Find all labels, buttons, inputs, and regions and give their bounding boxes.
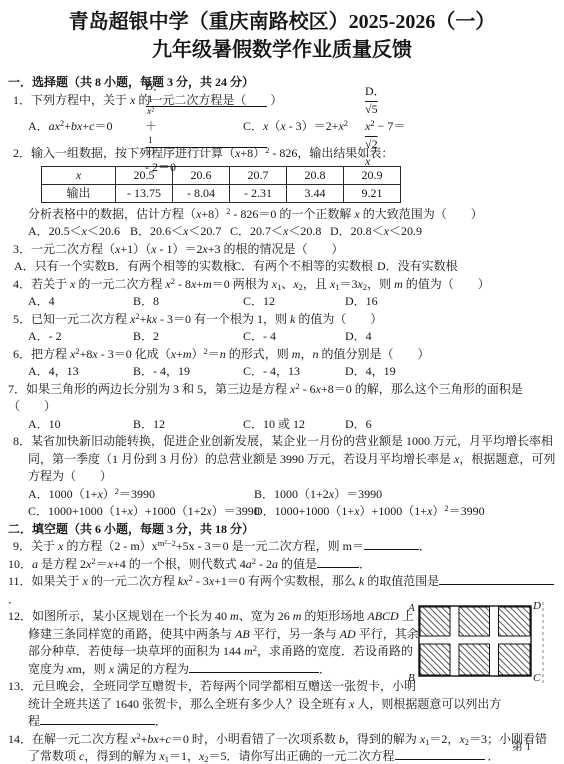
q3-stem: 3．一元二次方程（x+1）（x - 1）＝2x+3 的根的情况是（ ） — [0, 241, 564, 259]
q6-option-d: D．4，19 — [345, 363, 396, 381]
q7-option-b: B．12 — [133, 416, 243, 434]
q3-option-c: C．有两个不相等的实数根 — [233, 258, 377, 276]
q5-option-b: B．2 — [133, 328, 243, 346]
q6-option-a: A．4，13 — [28, 363, 133, 381]
q7-stem: 7．如果三角形的两边长分别为 3 和 5，第三边是方程 x2 - 6x+8＝0 … — [0, 381, 564, 416]
table-cell: 20.8 — [287, 166, 344, 184]
table-cell: 3.44 — [287, 184, 344, 202]
exam-page: 青岛超银中学（重庆南路校区）2025-2026（一） 九年级暑假数学作业质量反馈… — [0, 0, 564, 764]
q5-options: A．- 2 B．2 C．- 4 D．4 — [0, 328, 564, 346]
table-cell: 输出 — [42, 184, 116, 202]
q8-stem-line-2: 同，第一季度（1 月份到 3 月份）的总营业额是 3990 万元，若设月平均增长… — [0, 451, 564, 469]
corner-label-d: D — [532, 600, 541, 612]
q8-option-d: D．1000+1000（1+x）+1000（1+x）2＝3990 — [254, 503, 485, 521]
q12-q13-block: A D B C 12．如图所示，某小区规划在一个长为 40 m、宽为 26 m … — [0, 608, 564, 696]
q1-options: A．ax2+bx+c＝0 B．1x²＋1x - 2＝0 C．x（x - 3）＝2… — [0, 109, 564, 145]
q2-option-d: D．20.8＜x＜20.9 — [330, 223, 422, 241]
q5-option-c: C．- 4 — [243, 328, 345, 346]
q2-option-c: C．20.7＜x＜20.8 — [230, 223, 330, 241]
lawn-block — [459, 607, 490, 636]
q8-stem-line-3: 方程为（ ） — [0, 468, 564, 486]
q4-option-c: C．12 — [243, 293, 345, 311]
q2-options: A．20.5＜x＜20.6 B．20.6＜x＜20.7 C．20.7＜x＜20.… — [0, 223, 564, 241]
q8-options-row-1: A．1000（1+x）2＝3990 B．1000（1+2x）＝3990 — [0, 486, 564, 504]
corner-label-b: B — [408, 672, 415, 684]
page-title: 青岛超银中学（重庆南路校区）2025-2026（一） — [0, 9, 564, 35]
table-cell: - 13.75 — [116, 184, 173, 202]
exam-scan: { "doc": { "title_line1": "青岛超银中学（重庆南路校区… — [0, 0, 564, 764]
q4-option-a: A．4 — [28, 293, 133, 311]
table-cell: x — [42, 166, 116, 184]
q4-option-b: B．8 — [133, 293, 243, 311]
q14-stem-line-1: 14．在解一元二次方程 x2+bx+c＝0 时，小明看错了一次项系数 b，得到的… — [0, 731, 564, 749]
q7-option-a: A．10 — [28, 416, 133, 434]
q14-stem-line-2: 了常数项 c，得到的解为 x1＝1，x2＝5．请你写出正确的一元二次方程 ． — [0, 748, 564, 764]
q2-analysis: 分析表格中的数据，估计方程（x+8）2 - 826＝0 的一个正数解 x 的大致… — [0, 206, 564, 224]
q10-stem: 10．a 是方程 2x2＝x+4 的一个根，则代数式 4a2 - 2a 的值是． — [0, 556, 564, 574]
q6-options: A．4，13 B．- 4，19 C．- 4，13 D．4，19 — [0, 363, 564, 381]
q9-stem: 9．关于 x 的方程（2 - m）xm²−2+5x - 3＝0 是一元二次方程，… — [0, 538, 564, 556]
page-subtitle: 九年级暑假数学作业质量反馈 — [0, 37, 564, 63]
section2-header: 二．填空题（共 6 小题，每题 3 分，共 18 分） — [0, 521, 564, 539]
q8-option-b: B．1000（1+2x）＝3990 — [254, 486, 382, 504]
q6-option-b: B．- 4，19 — [133, 363, 243, 381]
q13-stem-line-2: 统计全班共送了 1640 张贺卡，那么全班有多少人？设全班有 x 人，则根据题意… — [0, 696, 564, 714]
q3-option-a: A．只有一个实数 — [14, 258, 107, 276]
q3-option-d: D．没有实数根 — [377, 258, 458, 276]
table-cell: 9.21 — [344, 184, 401, 202]
q4-stem: 4．若关于 x 的一元二次方程 x2 - 8x+m＝0 两根为 x1、x2，且 … — [0, 276, 564, 294]
q13-stem-line-3: 程． — [0, 713, 564, 731]
lawn-block — [420, 607, 450, 636]
q7-option-c: C．10 或 12 — [243, 416, 345, 434]
q1-option-a: A．ax2+bx+c＝0 — [28, 118, 145, 136]
q8-stem-line-1: 8．某省加快新旧动能转换，促进企业创新发展，某企业一月份的营业额是 1000 万… — [0, 433, 564, 451]
lawn-block — [459, 644, 490, 675]
q5-stem: 5．已知一元二次方程 x2+kx - 3＝0 有一个根为 1，则 k 的值为（ … — [0, 311, 564, 329]
q2-option-b: B．20.6＜x＜20.7 — [130, 223, 230, 241]
q8-options-row-2: C．1000+1000（1+x）+1000（1+2x）＝3990 D．1000+… — [0, 503, 564, 521]
q12-field-diagram: A D B C — [405, 596, 551, 690]
lawn-block — [499, 607, 531, 636]
q4-options: A．4 B．8 C．12 D．16 — [0, 293, 564, 311]
q2-option-a: A．20.5＜x＜20.6 — [28, 223, 130, 241]
corner-label-a: A — [407, 602, 415, 614]
q6-stem: 6．把方程 x2+8x - 3＝0 化成（x+m）2＝n 的形式，则 m，n 的… — [0, 346, 564, 364]
q5-option-d: D．4 — [345, 328, 372, 346]
q6-option-c: C．- 4，13 — [243, 363, 345, 381]
q1-option-c: C．x（x - 3）＝2+x2 — [243, 118, 365, 136]
q4-option-d: D．16 — [345, 293, 378, 311]
q3-option-b: B．有两个相等的实数根 — [107, 258, 233, 276]
lawn-block — [420, 644, 450, 675]
page-number: 第 1 — [512, 739, 531, 757]
q8-option-a: A．1000（1+x）2＝3990 — [28, 486, 254, 504]
q8-option-c: C．1000+1000（1+x）+1000（1+2x）＝3990 — [28, 503, 254, 521]
table-cell: - 8.04 — [173, 184, 230, 202]
q5-option-a: A．- 2 — [28, 328, 133, 346]
q3-options: A．只有一个实数 B．有两个相等的实数根 C．有两个不相等的实数根 D．没有实数… — [0, 258, 564, 276]
q7-options: A．10 B．12 C．10 或 12 D．6 — [0, 416, 564, 434]
table-cell: - 2.31 — [230, 184, 287, 202]
corner-label-c: C — [533, 672, 541, 684]
lawn-block — [499, 644, 531, 675]
q7-option-d: D．6 — [345, 416, 372, 434]
table-row-output: 输出 - 13.75 - 8.04 - 2.31 3.44 9.21 — [42, 184, 401, 202]
